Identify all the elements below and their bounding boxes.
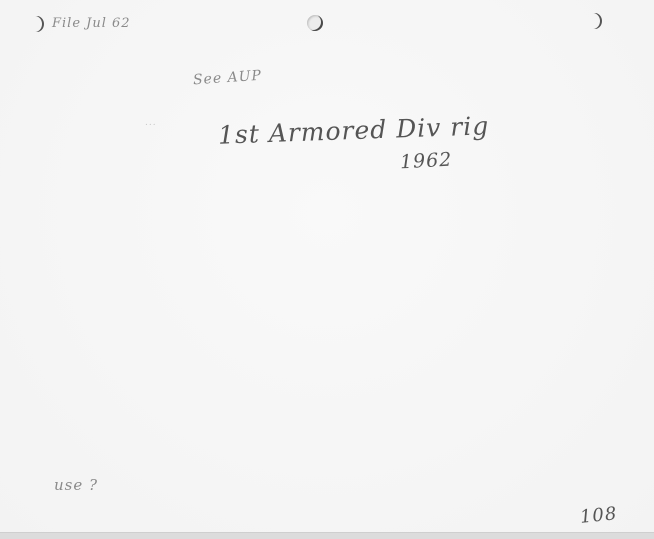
caption-line-1: 1st Armored Div rig: [218, 111, 490, 149]
scan-bottom-edge: [0, 532, 654, 539]
document-page: File Jul 62 See AUP ... 1st Armored Div …: [0, 0, 654, 532]
file-note: File Jul 62: [52, 16, 131, 31]
punch-hole-left: [30, 16, 44, 32]
caption-line-2: 1962: [399, 149, 452, 174]
punch-hole-center: [307, 15, 323, 31]
punch-hole-right: [588, 13, 602, 29]
page-number: 108: [579, 503, 618, 528]
question-note: use ?: [54, 476, 98, 494]
see-note: See AUP: [193, 68, 263, 89]
ghost-mark: ...: [145, 118, 157, 128]
